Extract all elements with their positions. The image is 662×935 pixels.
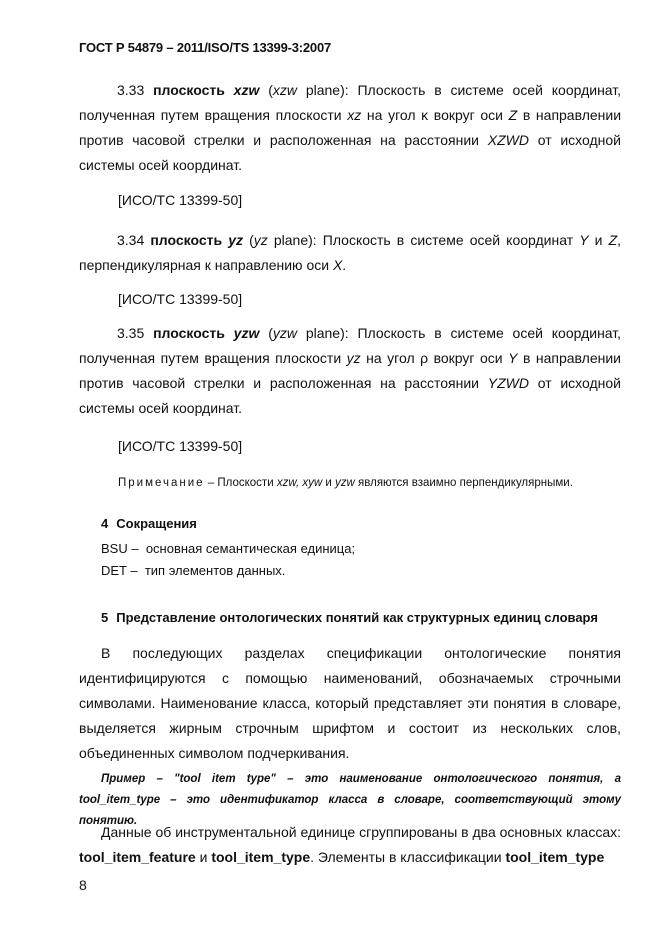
class-name: tool_item_type bbox=[505, 849, 604, 865]
paragraph-text: Данные об инструментальной единице сгруп… bbox=[101, 824, 621, 840]
abbreviation-meaning: тип элементов данных. bbox=[145, 563, 286, 578]
definition-text: Плоскость в системе осей координат bbox=[323, 232, 573, 248]
note-symbol: yzw bbox=[335, 477, 355, 489]
en-term: plane): bbox=[306, 325, 349, 341]
section-number: 4 bbox=[101, 516, 108, 531]
term-3-34: 3.34 плоскость yz (yz plane): Плоскость … bbox=[79, 228, 621, 278]
class-name: tool_item_type bbox=[211, 849, 310, 865]
note-symbol: xzw, bbox=[277, 477, 299, 489]
document-header: ГОСТ Р 54879 – 2011/ISO/TS 13399-3:2007 bbox=[79, 40, 331, 55]
note-text: являются взаимно перпендикулярными. bbox=[355, 477, 573, 489]
term-number: 3.34 bbox=[117, 232, 144, 248]
abbreviation: BSU – bbox=[101, 541, 139, 556]
definition-text: на угол κ вокруг оси bbox=[367, 107, 503, 123]
en-symbol: xzw bbox=[273, 82, 297, 98]
term-number: 3.35 bbox=[117, 325, 144, 341]
definition-symbol: XZWD bbox=[488, 132, 529, 148]
definition-symbol: yz bbox=[347, 350, 361, 366]
paragraph-text: . Элементы в классификации bbox=[310, 849, 501, 865]
section-5-paragraph-1: В последующих разделах спецификации онто… bbox=[79, 641, 621, 766]
page-number: 8 bbox=[79, 877, 87, 893]
abbreviation: DET – bbox=[101, 563, 138, 578]
term-3-33: 3.33 плоскость xzw (xzw plane): Плоскост… bbox=[79, 78, 621, 178]
definition-symbol: Y bbox=[508, 350, 517, 366]
note-symbol: xyw bbox=[302, 477, 322, 489]
section-title: Сокращения bbox=[116, 516, 197, 531]
en-term: plane): bbox=[274, 232, 317, 248]
term-name: плоскость bbox=[153, 325, 225, 341]
note-text: и bbox=[322, 477, 335, 489]
note-label: Примечание bbox=[118, 477, 205, 489]
section-number: 5 bbox=[101, 610, 108, 625]
section-title: Представление онтологических понятий как… bbox=[116, 610, 598, 625]
section-5-paragraph-2: Данные об инструментальной единице сгруп… bbox=[79, 820, 621, 870]
en-term: plane): bbox=[306, 82, 349, 98]
term-symbol: yz bbox=[228, 232, 243, 248]
term-name: плоскость bbox=[153, 82, 225, 98]
definition-text: . bbox=[342, 257, 346, 273]
en-symbol: yzw bbox=[273, 325, 297, 341]
definition-text: и bbox=[595, 232, 603, 248]
definition-text: на угол ρ вокруг оси bbox=[366, 350, 502, 366]
abbreviation-item: DET – тип элементов данных. bbox=[101, 563, 285, 578]
term-symbol: yzw bbox=[234, 325, 260, 341]
term-number: 3.33 bbox=[117, 82, 144, 98]
term-3-35: 3.35 плоскость yzw (yzw plane): Плоскост… bbox=[79, 321, 621, 421]
term-symbol: xzw bbox=[234, 82, 260, 98]
definition-symbol: X bbox=[333, 257, 342, 273]
note: Примечание – Плоскости xzw, xyw и yzw яв… bbox=[118, 477, 573, 489]
reference-3-34: [ИСО/ТС 13399-50] bbox=[118, 291, 242, 307]
definition-symbol: xz bbox=[347, 107, 361, 123]
section-4-heading: 4Сокращения bbox=[101, 516, 197, 531]
definition-symbol: Z bbox=[609, 232, 618, 248]
reference-3-33: [ИСО/ТС 13399-50] bbox=[118, 192, 242, 208]
definition-symbol: Y bbox=[579, 232, 588, 248]
abbreviation-item: BSU – основная семантическая единица; bbox=[101, 541, 355, 556]
section-5-heading: 5Представление онтологических понятий ка… bbox=[101, 610, 598, 625]
paragraph-text: и bbox=[200, 849, 208, 865]
definition-symbol: Z bbox=[509, 107, 518, 123]
reference-3-35: [ИСО/ТС 13399-50] bbox=[118, 438, 242, 454]
term-name: плоскость bbox=[150, 232, 222, 248]
class-name: tool_item_feature bbox=[79, 849, 196, 865]
en-symbol: yz bbox=[254, 232, 268, 248]
abbreviation-meaning: основная семантическая единица; bbox=[146, 541, 355, 556]
note-text: – Плоскости bbox=[205, 477, 277, 489]
definition-symbol: YZWD bbox=[488, 375, 529, 391]
